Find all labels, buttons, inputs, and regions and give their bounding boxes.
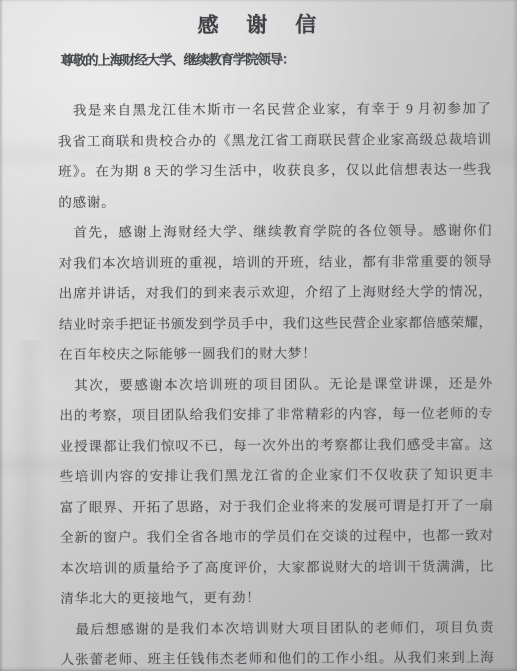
letter-line: 本次培训的质量给予了高度评价，大家都说财大的培训干货满满，比	[60, 551, 493, 584]
letter-line: 结业时亲手把证书颁发到学员手中，我们这些民营企业家都倍感荣耀，	[59, 307, 492, 340]
letter-line: 些培训内容的安排让我们黑龙江省的企业家们不仅收获了知识更丰	[60, 460, 493, 493]
letter-line: 出席并讲话，对我们的到来表示欢迎，介绍了上海财经大学的情况，	[59, 277, 492, 310]
letter-line: 富了眼界、开拓了思路，对于我们企业将来的发展可谓是打开了一扇	[60, 490, 493, 523]
letter-line: 对我们本次培训班的重视，培训的开班，结业，都有非常重要的领导	[59, 246, 492, 279]
letter-line: 的感谢。	[58, 185, 491, 218]
letter-line: 我省工商联和贵校合办的《黑龙江省工商联民营企业家高级总裁培训	[58, 124, 491, 157]
letter-line: 全新的窗户。我们全省各地市的学员们在交谈的过程中，也都一致对	[60, 521, 493, 554]
letter-line: 首先，感谢上海财经大学、继续教育学院的各位领导。感谢你们	[58, 216, 491, 249]
letter-line: 人张蕾老师、班主任钱伟杰老师和他们的工作小组。从我们来到上海	[61, 643, 494, 671]
letter-line: 最后想感谢的是我们本次培训财大项目团队的老师们，项目负责	[60, 612, 493, 645]
letter-body: 我是来自黑龙江佳木斯市一名民营企业家，有幸于 9 月初参加了 我省工商联和贵校合…	[58, 94, 494, 671]
letter-line: 清华北大的更接地气，更有劲！	[60, 582, 493, 615]
letter-line: 我是来自黑龙江佳木斯市一名民营企业家，有幸于 9 月初参加了	[58, 94, 491, 127]
letter-line: 在百年校庆之际能够一圆我们的财大梦！	[59, 338, 492, 371]
letter-line: 其次，要感谢本次培训班的项目团队。无论是课堂讲课，还是外	[59, 368, 492, 401]
letter-line: 业授课都让我们惊叹不已，每一次外出的考察都让我们感受丰富。这	[60, 429, 493, 462]
letter-line: 班》。在为期 8 天的学习生活中，收获良多，仅以此信想表达一些我	[58, 155, 491, 188]
salutation: 尊敬的上海财经大学、继续教育学院领导：	[60, 48, 294, 69]
page-title: 感 谢 信	[0, 8, 515, 41]
letter-content: 感 谢 信 尊敬的上海财经大学、继续教育学院领导： 我是来自黑龙江佳木斯市一名民…	[0, 0, 517, 671]
letter-line: 出的考察，项目团队给我们安排了非常精彩的内容，每一位老师的专	[59, 399, 492, 432]
letter-photo: 感 谢 信 尊敬的上海财经大学、继续教育学院领导： 我是来自黑龙江佳木斯市一名民…	[0, 0, 517, 671]
